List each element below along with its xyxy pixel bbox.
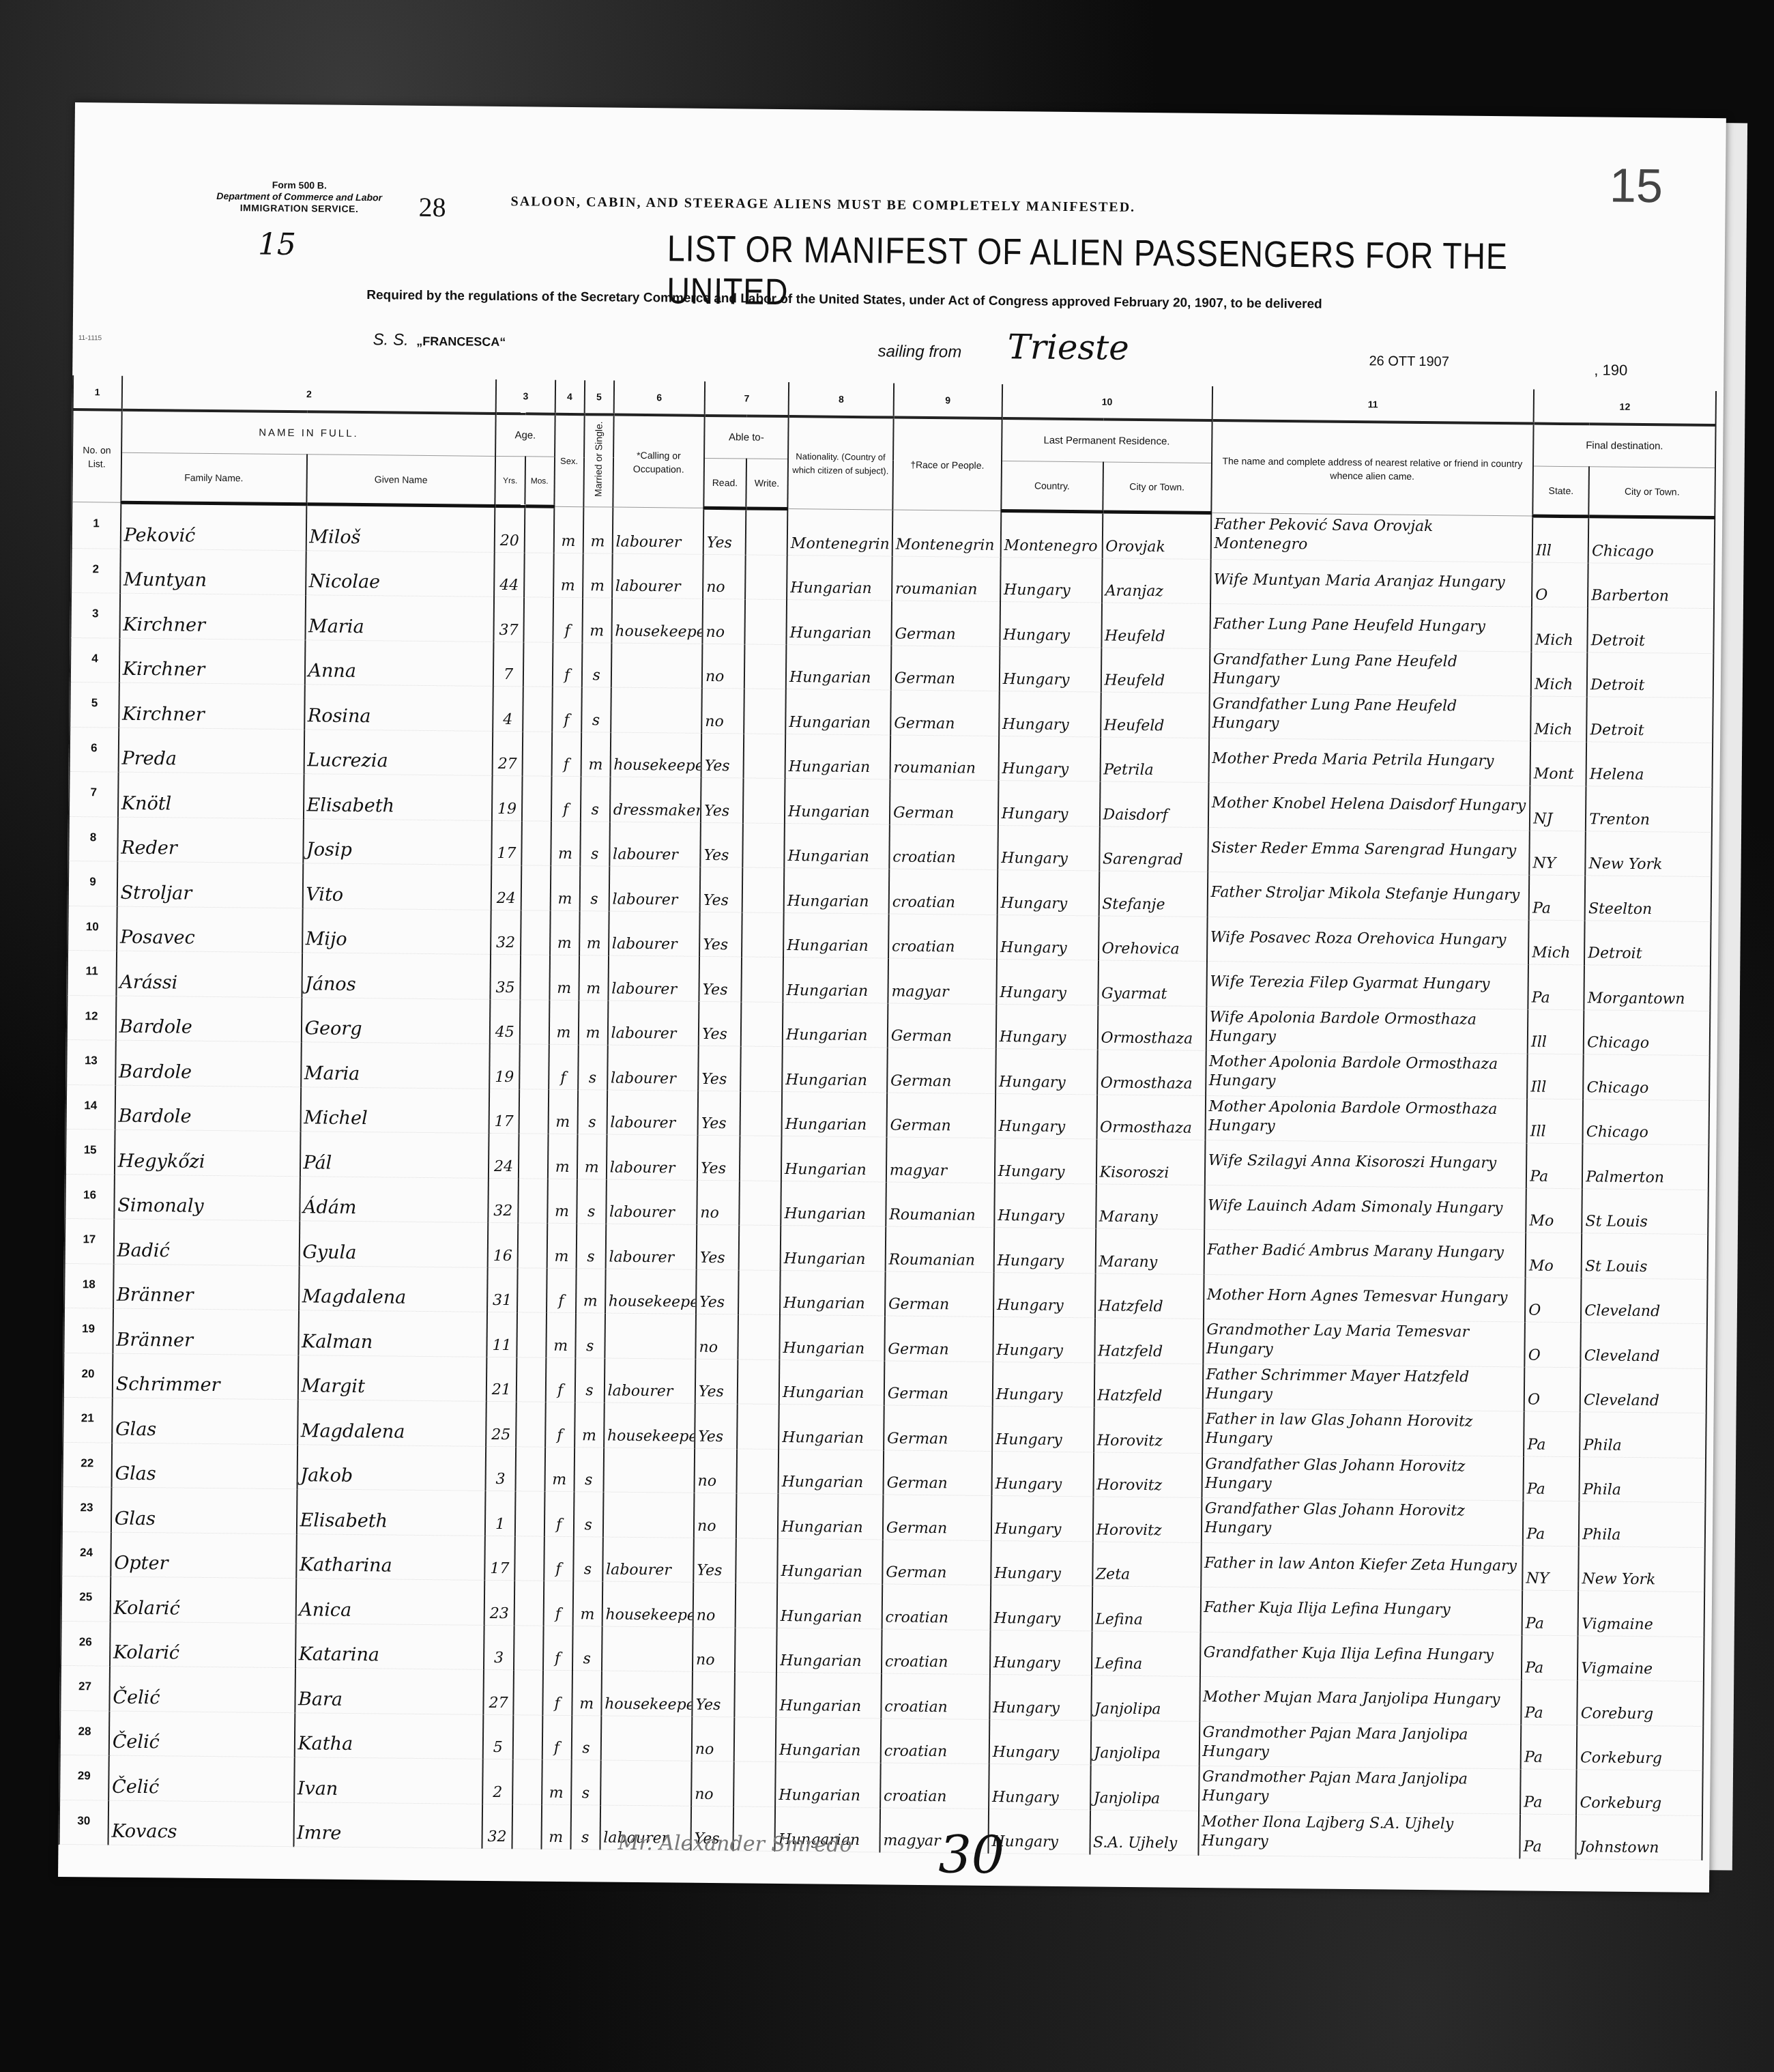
colnum: 8 <box>789 382 894 417</box>
marital-status: m <box>579 955 609 1001</box>
nearest-relative: Grandmother Pajan Mara Janjolipa Hungary <box>1199 1721 1521 1769</box>
dest-city: Coreburg <box>1577 1680 1704 1726</box>
can-write <box>743 733 785 778</box>
given-name: Anica <box>295 1579 485 1625</box>
residence-city: Heufeld <box>1101 603 1210 648</box>
race-people: German <box>891 601 1000 646</box>
occupation <box>603 1448 695 1493</box>
given-name: Anna <box>304 639 494 686</box>
dest-state: Pa <box>1529 875 1586 920</box>
age-years: 27 <box>493 731 523 776</box>
dest-state: Mich <box>1530 696 1587 741</box>
nearest-relative: Wife Posavec Roza Orehovica Hungary <box>1206 917 1528 964</box>
age-months <box>513 1670 543 1715</box>
header-able-to: Able to- <box>704 416 789 459</box>
family-name: Kovacs <box>108 1800 293 1847</box>
residence-city: Stefanje <box>1099 871 1208 917</box>
line-number: 15 <box>66 1129 115 1174</box>
residence-city: Sarengrad <box>1099 826 1208 872</box>
sex: f <box>547 1268 577 1313</box>
occupation <box>603 1492 695 1538</box>
race-people: croatian <box>881 1718 990 1764</box>
can-write <box>736 1448 779 1493</box>
occupation: labourer <box>604 1358 695 1404</box>
line-number: 8 <box>68 816 117 861</box>
race-people: roumanian <box>890 735 999 781</box>
sex: m <box>550 865 580 910</box>
sex: f <box>545 1402 575 1447</box>
nearest-relative: Mother Apolonia Bardole Ormosthaza Hunga… <box>1206 1050 1528 1098</box>
age-years: 3 <box>484 1625 514 1670</box>
residence-country: Hungary <box>995 1138 1096 1184</box>
colnum: 1 <box>73 375 122 410</box>
race-people: German <box>886 1092 995 1138</box>
nationality: Hungarian <box>779 1449 884 1495</box>
line-number: 3 <box>70 592 119 637</box>
handwritten-mark: 15 <box>258 227 296 263</box>
marital-status: m <box>583 507 613 553</box>
nationality: Hungarian <box>787 555 892 601</box>
marital-status: s <box>577 1179 607 1224</box>
line-number: 18 <box>64 1263 113 1308</box>
residence-country: Hungary <box>994 1183 1096 1228</box>
race-people: croatian <box>889 869 998 915</box>
ship-line: S. S. „FRANCESCA“ sailing from Trieste 2… <box>373 330 1724 362</box>
sex: f <box>543 1581 573 1626</box>
dest-city: Cleveland <box>1580 1367 1706 1413</box>
race-people: German <box>884 1360 993 1406</box>
nearest-relative: Father Badić Ambrus Marany Hungary <box>1204 1229 1526 1277</box>
residence-city: Ormosthaza <box>1097 1005 1206 1050</box>
nationality: Hungarian <box>781 1181 886 1226</box>
sex: m <box>547 1223 577 1268</box>
nationality: Hungarian <box>780 1270 885 1316</box>
family-name: Badić <box>113 1219 299 1265</box>
can-read: Yes <box>700 867 742 912</box>
can-write <box>742 867 784 912</box>
given-name: Gyula <box>299 1221 489 1267</box>
marital-status: s <box>580 821 610 866</box>
age-years: 24 <box>491 865 521 910</box>
can-write <box>736 1538 778 1583</box>
marital-status: m <box>579 910 609 955</box>
residence-city: Lefina <box>1092 1586 1201 1632</box>
colnum: 4 <box>555 380 585 414</box>
nearest-relative: Father Kuja Ilija Lefina Hungary <box>1200 1587 1522 1635</box>
dest-state: Ill <box>1527 1054 1584 1099</box>
family-name: Kolarić <box>110 1577 295 1623</box>
nearest-relative: Father Lung Pane Heufeld Hungary <box>1210 604 1532 652</box>
age-months <box>512 1714 542 1759</box>
nationality: Hungarian <box>783 958 888 1003</box>
residence-city: Horovitz <box>1093 1452 1202 1497</box>
marital-status: m <box>583 553 613 598</box>
residence-city: Heufeld <box>1101 647 1210 693</box>
age-years: 32 <box>489 1178 519 1223</box>
sailing-from-label: sailing from <box>877 342 961 362</box>
family-name: Stroljar <box>117 861 302 908</box>
header-state: State. <box>1533 466 1590 517</box>
sex: f <box>542 1715 572 1760</box>
occupation: labourer <box>605 1224 697 1269</box>
marital-status: s <box>576 1224 606 1269</box>
dest-state: NY <box>1522 1545 1579 1590</box>
colnum: 2 <box>121 376 496 414</box>
sex: m <box>549 1000 579 1045</box>
given-name: Imre <box>293 1802 483 1848</box>
given-name: Miloš <box>306 504 495 552</box>
residence-city: Kisoroszi <box>1096 1139 1205 1185</box>
age-months <box>519 1044 549 1089</box>
dest-city: St Louis <box>1582 1188 1708 1234</box>
residence-country: Hungary <box>997 915 1099 960</box>
nationality: Hungarian <box>776 1628 882 1673</box>
race-people: croatian <box>888 914 998 960</box>
dest-city: Chicago <box>1583 1099 1709 1145</box>
header-final-destination: Final destination. <box>1533 424 1715 468</box>
line-number: 12 <box>67 995 116 1040</box>
given-name: Jakob <box>297 1444 486 1491</box>
given-name: Maria <box>305 595 495 642</box>
residence-country: Hungary <box>1000 602 1101 648</box>
can-read: Yes <box>698 1046 740 1091</box>
given-name: Kalman <box>298 1310 488 1357</box>
dest-state: NJ <box>1530 786 1586 831</box>
residence-country: Hungary <box>991 1451 1093 1497</box>
race-people: German <box>887 1048 996 1093</box>
given-name: Elisabeth <box>296 1489 486 1536</box>
race-people: croatian <box>889 824 998 870</box>
residence-country: Hungary <box>990 1630 1092 1675</box>
age-years: 11 <box>487 1312 517 1357</box>
residence-city: Zeta <box>1092 1541 1202 1587</box>
age-months <box>514 1581 544 1626</box>
marital-status: s <box>579 866 609 911</box>
nearest-relative: Sister Reder Emma Sarengrad Hungary <box>1208 827 1530 875</box>
race-people: roumanian <box>892 556 1001 602</box>
colnum: 10 <box>1002 384 1212 420</box>
given-name: Vito <box>302 863 492 910</box>
age-months <box>523 642 553 687</box>
can-write <box>738 1225 781 1270</box>
header-nationality: Nationality. (Country of which citizen o… <box>787 416 893 510</box>
age-years: 31 <box>487 1267 517 1312</box>
line-number: 25 <box>61 1576 111 1621</box>
can-read: no <box>701 688 744 733</box>
can-read: no <box>693 1627 735 1672</box>
sex: m <box>547 1179 577 1224</box>
residence-country: Hungary <box>990 1585 1092 1630</box>
header-given-name: Given Name <box>306 455 496 506</box>
age-months <box>518 1134 548 1179</box>
nearest-relative: Wife Lauinch Adam Simonaly Hungary <box>1204 1185 1526 1233</box>
family-name: Bardole <box>115 1085 300 1132</box>
residence-city: Horovitz <box>1094 1407 1203 1453</box>
header-family-name: Family Name. <box>121 452 306 504</box>
can-write <box>733 1761 776 1807</box>
sex: m <box>546 1312 576 1357</box>
dest-city: Phila <box>1579 1501 1705 1547</box>
nationality: Hungarian <box>777 1538 882 1584</box>
colnum: 12 <box>1534 390 1716 426</box>
occupation: labourer <box>612 553 703 599</box>
departure-port: Trieste <box>1007 327 1129 368</box>
sex: m <box>542 1759 572 1804</box>
dest-state: Pa <box>1521 1724 1577 1769</box>
given-name: Magdalena <box>297 1400 487 1446</box>
line-number: 10 <box>68 906 117 951</box>
occupation: housekeeper <box>605 1269 697 1314</box>
sex: f <box>545 1357 575 1402</box>
nationality: Hungarian <box>785 689 890 735</box>
age-years: 25 <box>486 1401 517 1446</box>
can-write <box>735 1583 777 1628</box>
family-name: Bardole <box>115 1040 301 1087</box>
nearest-relative: Wife Terezia Filep Gyarmat Hungary <box>1206 961 1528 1009</box>
residence-country: Montenegro <box>1001 511 1103 558</box>
dest-city: Barberton <box>1588 562 1714 608</box>
nearest-relative: Grandfather Lung Pane Heufeld Hungary <box>1209 693 1531 740</box>
age-years: 35 <box>491 954 521 999</box>
age-years: 3 <box>486 1446 516 1491</box>
age-years: 37 <box>494 596 524 642</box>
residence-city: Aranjaz <box>1102 558 1211 603</box>
can-read: Yes <box>692 1671 734 1716</box>
race-people: croatian <box>882 1584 991 1630</box>
header-married-single: Married or Single. <box>583 414 613 507</box>
family-name: Glas <box>111 1443 297 1489</box>
dest-city: Palmerton <box>1582 1144 1708 1190</box>
dest-city: New York <box>1585 831 1711 876</box>
race-people: Roumanian <box>886 1226 995 1272</box>
family-name: Kolarić <box>110 1622 295 1668</box>
nationality: Hungarian <box>781 1136 886 1182</box>
line-number: 9 <box>68 861 117 906</box>
age-years: 17 <box>485 1536 515 1581</box>
residence-city: Orovjak <box>1102 512 1211 559</box>
can-write <box>739 1136 781 1181</box>
nearest-relative: Grandmother Pajan Mara Janjolipa Hungary <box>1199 1766 1521 1813</box>
dest-city: Johnstown <box>1576 1814 1702 1860</box>
dest-city: Detroit <box>1587 652 1713 697</box>
year-label: , 190 <box>1594 361 1627 379</box>
race-people: magyar <box>888 958 997 1004</box>
ship-name: „FRANCESCA“ <box>416 334 506 349</box>
race-people: German <box>888 1003 997 1048</box>
residence-city: Janjolipa <box>1090 1765 1199 1811</box>
occupation <box>611 687 702 733</box>
can-read: no <box>692 1716 734 1761</box>
marital-status: s <box>570 1804 600 1850</box>
manifest-notice: SALOON, CABIN, AND STEERAGE ALIENS MUST … <box>511 194 1136 216</box>
can-write <box>734 1627 776 1672</box>
nearest-relative: Grandfather Glas Johann Horovitz Hungary <box>1201 1497 1523 1545</box>
race-people: croatian <box>881 1673 990 1719</box>
family-name: Simonaly <box>114 1175 300 1221</box>
line-number: 23 <box>62 1486 111 1531</box>
can-write <box>745 508 787 555</box>
nearest-relative: Father in law Glas Johann Horovitz Hunga… <box>1202 1408 1524 1456</box>
dest-state: O <box>1525 1322 1582 1367</box>
header-relative: The name and complete address of nearest… <box>1211 420 1534 516</box>
line-number: 24 <box>61 1531 111 1577</box>
residence-country: Hungary <box>989 1764 1090 1809</box>
nationality: Hungarian <box>782 1091 887 1137</box>
nearest-relative: Mother Preda Maria Petrila Hungary <box>1208 738 1530 786</box>
occupation <box>600 1716 692 1761</box>
residence-city: Daisdorf <box>1099 781 1208 827</box>
can-read: Yes <box>698 1091 740 1136</box>
nearest-relative: Grandfather Glas Johann Horovitz Hungary <box>1202 1453 1524 1501</box>
can-read: no <box>702 599 744 644</box>
dest-city: Phila <box>1580 1456 1706 1502</box>
nationality: Hungarian <box>782 1047 887 1093</box>
dest-city: Morgantown <box>1584 965 1711 1011</box>
residence-city: Ormosthaza <box>1097 1050 1206 1095</box>
family-name: Čelić <box>109 1666 295 1712</box>
age-months <box>522 731 552 776</box>
age-months <box>521 865 551 910</box>
colnum: 3 <box>496 379 555 414</box>
race-people: German <box>882 1539 991 1585</box>
age-months <box>523 687 553 732</box>
age-months <box>518 1178 548 1223</box>
sex: m <box>547 1134 577 1179</box>
dest-state: Mo <box>1526 1188 1582 1233</box>
dest-state: Ill <box>1532 516 1589 562</box>
header-age-mos: Mos. <box>525 457 555 506</box>
line-number: 29 <box>59 1755 108 1800</box>
dest-state: NY <box>1529 831 1586 876</box>
nationality: Hungarian <box>785 734 890 779</box>
age-years: 19 <box>490 1044 520 1089</box>
age-months <box>523 597 553 642</box>
header-sex: Sex. <box>554 414 584 507</box>
marital-status: s <box>574 1447 604 1492</box>
line-number: 19 <box>63 1308 113 1353</box>
nearest-relative: Father Schrimmer Mayer Hatzfeld Hungary <box>1202 1364 1524 1411</box>
header-age: Age. <box>495 414 555 457</box>
nearest-relative: Grandmother Lay Maria Temesvar Hungary <box>1203 1319 1525 1366</box>
residence-city: Lefina <box>1091 1630 1200 1676</box>
marital-status: s <box>581 777 611 822</box>
can-write <box>745 554 787 599</box>
nationality: Hungarian <box>787 600 892 646</box>
sex: f <box>551 732 581 777</box>
can-read: Yes <box>699 956 741 1001</box>
nearest-relative: Mother Knobel Helena Daisdorf Hungary <box>1208 782 1530 830</box>
residence-city: Orehovica <box>1099 915 1208 961</box>
line-number: 22 <box>63 1442 112 1487</box>
dest-city: Helena <box>1586 741 1713 787</box>
dest-state: Pa <box>1522 1680 1578 1725</box>
dest-state: Ill <box>1528 1009 1584 1054</box>
family-name: Muntyan <box>120 549 306 595</box>
age-years: 24 <box>489 1133 519 1178</box>
can-read: Yes <box>696 1269 738 1314</box>
age-months <box>520 955 550 1000</box>
occupation: housekeeper <box>602 1581 693 1627</box>
residence-country: Hungary <box>991 1495 1093 1541</box>
race-people: magyar <box>886 1137 995 1183</box>
age-years: 16 <box>488 1222 518 1267</box>
line-number: 6 <box>70 727 119 772</box>
nearest-relative: Mother Apolonia Bardole Ormosthaza Hunga… <box>1205 1095 1527 1143</box>
occupation <box>611 643 703 689</box>
dest-city: Corkeburg <box>1577 1725 1703 1770</box>
can-read: Yes <box>700 822 742 867</box>
can-write <box>741 957 783 1002</box>
marital-status: m <box>575 1402 605 1448</box>
nearest-relative: Father Peković Sava Orovjak Montenegro <box>1210 513 1532 562</box>
line-number: 14 <box>66 1084 115 1129</box>
age-years: 32 <box>491 910 521 955</box>
dest-state: Pa <box>1523 1501 1580 1546</box>
residence-city: Ormosthaza <box>1096 1094 1206 1140</box>
sheet-number: 28 <box>418 191 446 223</box>
residence-city: Hatzfeld <box>1094 1362 1203 1408</box>
dest-city: Phila <box>1580 1412 1706 1458</box>
header-read: Read. <box>703 458 746 508</box>
occupation <box>600 1760 692 1806</box>
service: IMMIGRATION SERVICE. <box>183 202 415 216</box>
residence-country: Hungary <box>993 1317 1094 1363</box>
can-write <box>737 1359 779 1404</box>
race-people: Roumanian <box>886 1181 995 1227</box>
residence-city: Hatzfeld <box>1094 1318 1204 1364</box>
can-write <box>740 1091 782 1136</box>
occupation: labourer <box>607 1045 699 1091</box>
age-months <box>516 1357 546 1402</box>
dest-city: Chicago <box>1583 1054 1709 1100</box>
can-read: Yes <box>697 1135 740 1180</box>
nearest-relative: Grandfather Lung Pane Heufeld Hungary <box>1209 648 1531 696</box>
can-read: no <box>702 644 744 689</box>
given-name: Katharina <box>296 1534 486 1580</box>
given-name: Bara <box>295 1668 484 1714</box>
can-read: no <box>695 1448 737 1493</box>
can-write <box>738 1269 781 1314</box>
marital-status: m <box>572 1581 602 1626</box>
dest-state: Pa <box>1522 1635 1578 1680</box>
given-name: Elisabeth <box>303 774 493 820</box>
nationality: Hungarian <box>783 912 888 958</box>
header-name-in-full: NAME IN FULL. <box>121 410 496 457</box>
can-write <box>742 822 785 867</box>
age-months <box>521 776 551 821</box>
nationality: Hungarian <box>776 1672 881 1718</box>
family-name: Kirchner <box>119 638 305 685</box>
officer-signature: Mr. Alexander Smredo <box>617 1831 852 1857</box>
age-months <box>514 1536 544 1581</box>
occupation: labourer <box>609 866 700 912</box>
marital-status: s <box>571 1715 601 1760</box>
sex: f <box>552 687 582 732</box>
race-people: German <box>884 1405 993 1451</box>
sex: m <box>548 1089 578 1134</box>
colnum: 5 <box>584 380 614 414</box>
nearest-relative: Grandfather Kuja Ilija Lefina Hungary <box>1199 1632 1522 1680</box>
colnum: 9 <box>894 384 1002 419</box>
residence-city: Gyarmat <box>1098 960 1207 1006</box>
residence-country: Hungary <box>991 1540 1092 1586</box>
dest-state: Pa <box>1520 1813 1577 1858</box>
nationality: Hungarian <box>786 644 891 690</box>
dest-state: Mich <box>1532 607 1588 652</box>
nearest-relative: Wife Szilagyi Anna Kisoroszi Hungary <box>1204 1140 1526 1188</box>
line-number: 1 <box>72 502 121 548</box>
can-read: Yes <box>699 1001 741 1046</box>
